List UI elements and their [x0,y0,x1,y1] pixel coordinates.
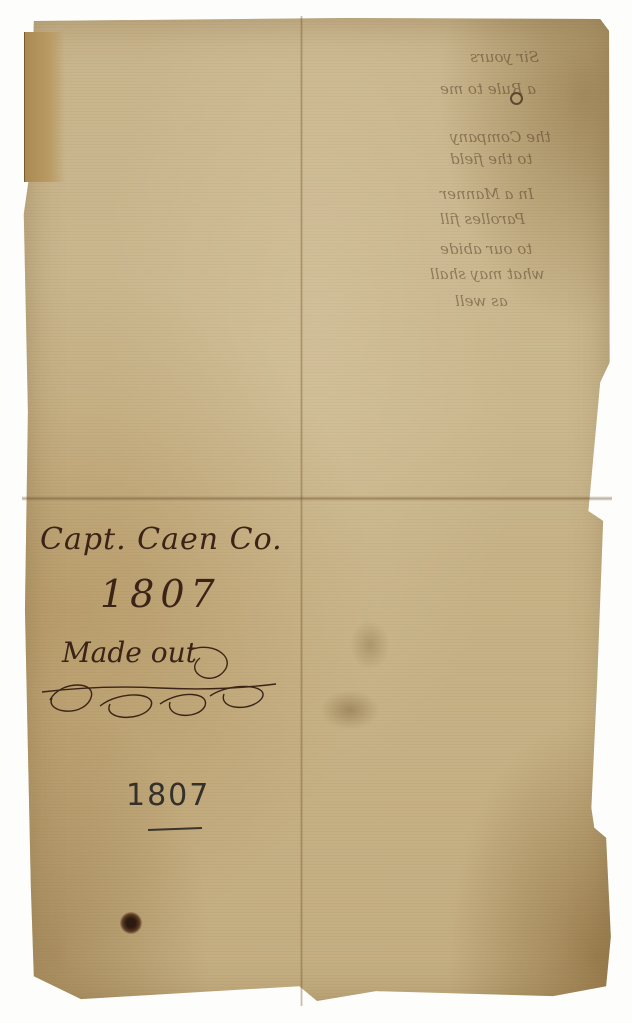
endorsement-title: Capt. Caen Co. [40,522,283,557]
bleed-through-line: In a Manner [440,185,534,203]
bleed-through-line: what may shall [430,265,545,283]
bleed-through-line: a Rule to me [440,80,536,98]
torn-left-flap [24,32,65,182]
signature-flourish [40,640,280,725]
endorsement-year: 1807 [100,572,221,616]
bleed-through-line: as well [455,292,508,310]
bleed-through-line: Parolles fill [440,210,525,228]
ink-blot [120,912,142,934]
water-stain [320,690,380,730]
bleed-through-line: Sir yours [470,48,539,66]
pencil-year-note: 1807 [126,778,210,813]
water-stain [350,620,390,670]
bleed-through-line: to the field [450,150,532,168]
horizontal-fold-line [22,496,612,501]
bleed-through-line: the Company [450,128,551,146]
bleed-through-line: to our abide [440,240,532,258]
vertical-fold-line [300,16,303,1006]
